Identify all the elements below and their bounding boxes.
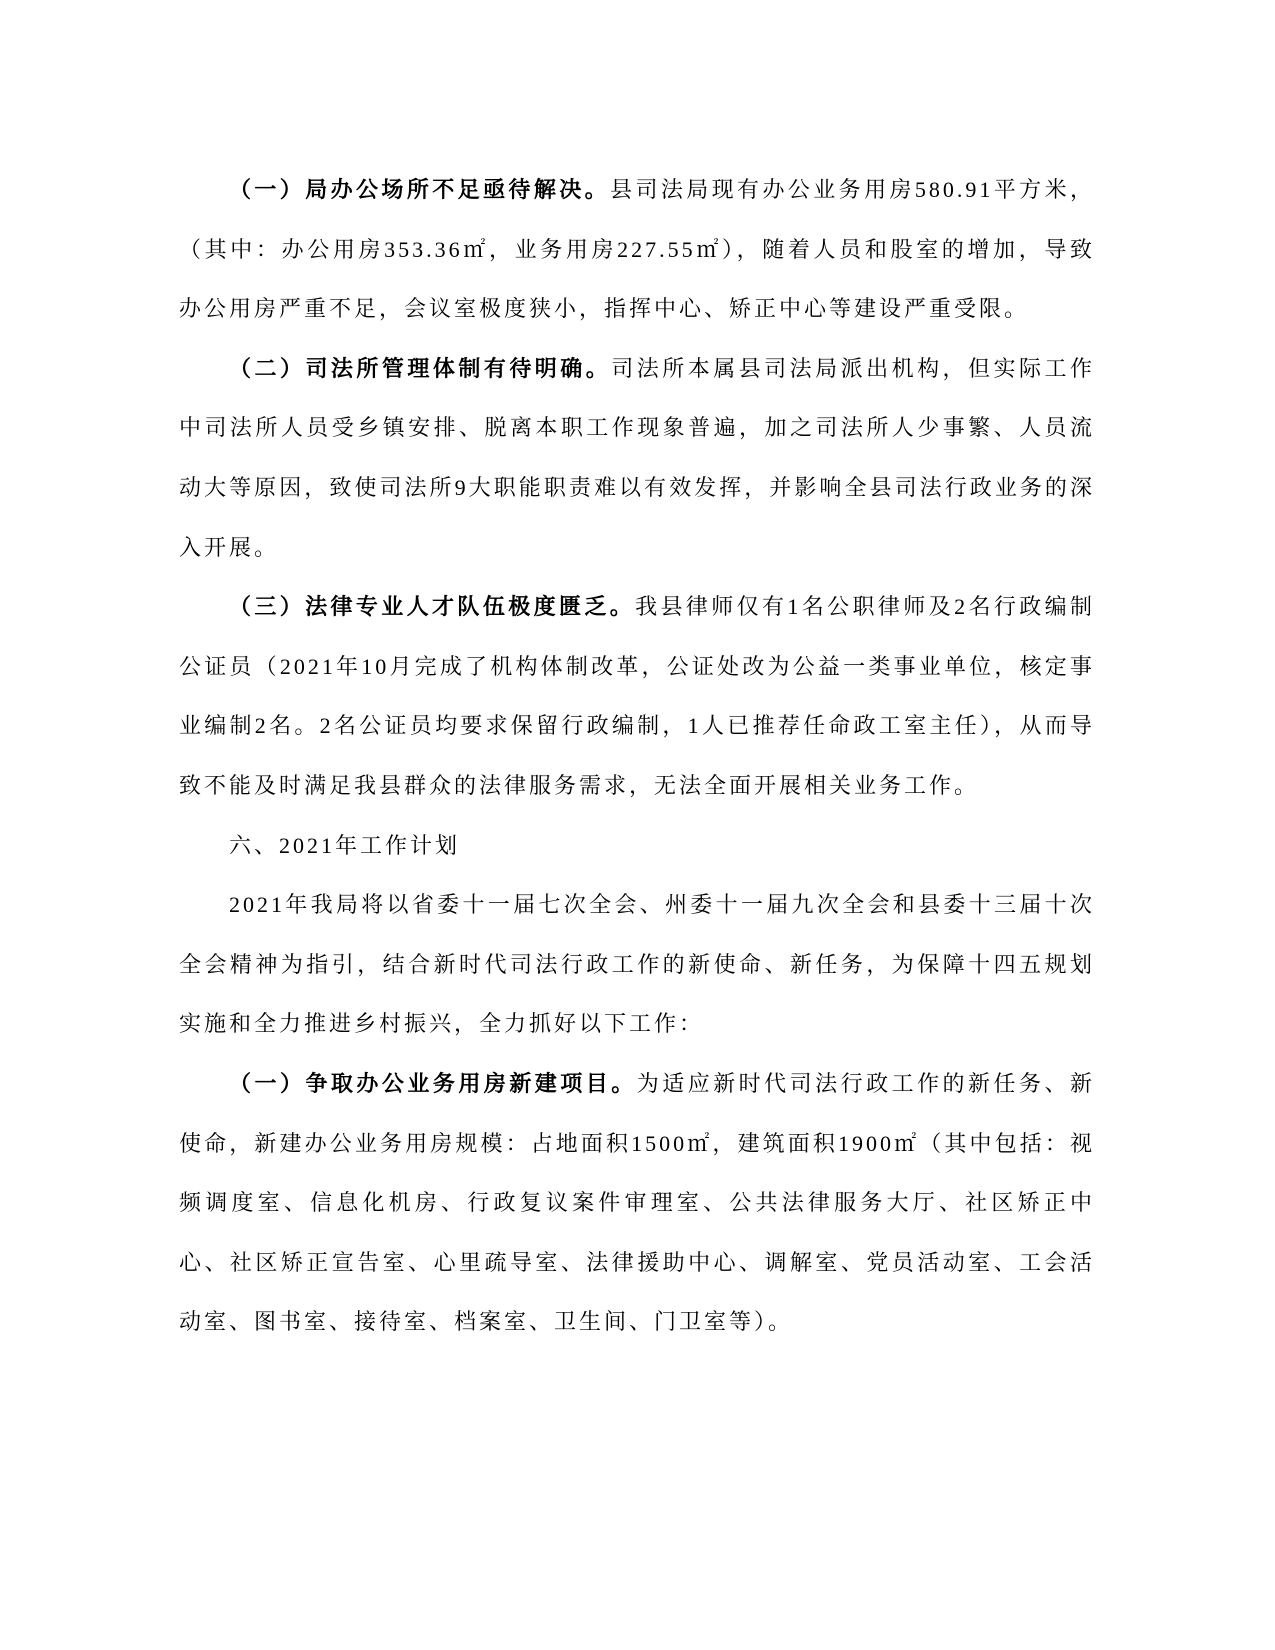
paragraph-new-building-project: （一）争取办公业务用房新建项目。为适应新时代司法行政工作的新任务、新使命，新建办… xyxy=(179,1054,1095,1352)
paragraph-legal-talent-shortage-heading: （三）法律专业人才队伍极度匮乏。 xyxy=(229,594,635,619)
paragraph-office-space: （一）局办公场所不足亟待解决。县司法局现有办公业务用房580.91平方米，（其中… xyxy=(179,160,1095,339)
paragraph-office-space-heading: （一）局办公场所不足亟待解决。 xyxy=(229,177,610,202)
paragraph-legal-talent-shortage-text: 我县律师仅有1名公职律师及2名行政编制公证员（2021年10月完成了机构体制改革… xyxy=(179,594,1095,798)
paragraph-new-building-project-heading: （一）争取办公业务用房新建项目。 xyxy=(229,1071,637,1096)
paragraph-judicial-office-system-heading: （二）司法所管理体制有待明确。 xyxy=(229,356,611,381)
section-heading-2021-work-plan: 六、2021年工作计划 xyxy=(179,816,1095,876)
document-page: （一）局办公场所不足亟待解决。县司法局现有办公业务用房580.91平方米，（其中… xyxy=(0,0,1275,1650)
section-heading-2021-work-plan-text: 六、2021年工作计划 xyxy=(229,833,460,858)
paragraph-legal-talent-shortage: （三）法律专业人才队伍极度匮乏。我县律师仅有1名公职律师及2名行政编制公证员（2… xyxy=(179,577,1095,815)
paragraph-2021-guiding-principles-text: 2021年我局将以省委十一届七次全会、州委十一届九次全会和县委十三届十次全会精神… xyxy=(179,892,1095,1036)
paragraph-judicial-office-system-text: 司法所本属县司法局派出机构，但实际工作中司法所人员受乡镇安排、脱离本职工作现象普… xyxy=(179,356,1095,560)
paragraph-judicial-office-system: （二）司法所管理体制有待明确。司法所本属县司法局派出机构，但实际工作中司法所人员… xyxy=(179,339,1095,577)
paragraph-2021-guiding-principles: 2021年我局将以省委十一届七次全会、州委十一届九次全会和县委十三届十次全会精神… xyxy=(179,875,1095,1054)
document-body: （一）局办公场所不足亟待解决。县司法局现有办公业务用房580.91平方米，（其中… xyxy=(179,160,1095,1352)
paragraph-new-building-project-text: 为适应新时代司法行政工作的新任务、新使命，新建办公业务用房规模：占地面积1500… xyxy=(179,1071,1095,1334)
